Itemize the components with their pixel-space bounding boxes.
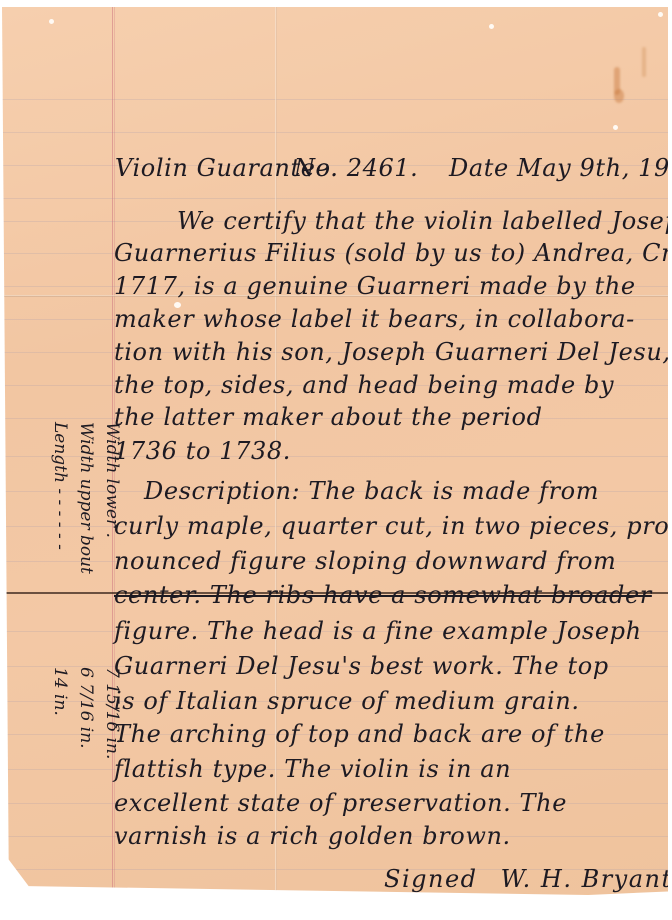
description-line: varnish is a rich golden brown. bbox=[114, 822, 511, 850]
description-line-struck: center. The ribs have a somewhat broader bbox=[114, 581, 652, 609]
measurement-label: Width upper bout bbox=[76, 422, 96, 574]
description-line: nounced figure sloping downward from bbox=[114, 547, 616, 575]
body-line: tion with his son, Joseph Guarneri Del J… bbox=[114, 338, 668, 366]
body-line: maker whose label it bears, in collabora… bbox=[114, 305, 635, 333]
signature: Signed W. H. Bryant. bbox=[384, 865, 668, 893]
rust-stain bbox=[614, 89, 624, 103]
description-line: figure. The head is a fine example Josep… bbox=[114, 617, 642, 645]
measurement-value: 14 in. bbox=[50, 667, 70, 716]
date: Date May 9th, 1933. bbox=[449, 154, 668, 182]
measurement-label: Length - - - - - - bbox=[50, 422, 70, 550]
signature-name: W. H. Bryant. bbox=[501, 865, 668, 893]
description-line: Description: The back is made from bbox=[144, 477, 599, 505]
signature-label: Signed bbox=[384, 865, 478, 893]
ruled-line bbox=[2, 132, 668, 133]
description-line: curly maple, quarter cut, in two pieces,… bbox=[114, 512, 668, 540]
body-line: We certify that the violin labelled Jose… bbox=[177, 207, 668, 235]
measurement-label: Width lower . bbox=[102, 422, 122, 538]
measurement-value: 7 15/16 in. bbox=[102, 667, 122, 759]
body-line: the top, sides, and head being made by bbox=[114, 371, 614, 399]
description-line: excellent state of preservation. The bbox=[114, 789, 567, 817]
letter-page: Violin Guarantee. No. 2461. Date May 9th… bbox=[2, 7, 668, 895]
margin-measurements: Length - - - - - - 14 in. Width upper bo… bbox=[42, 422, 132, 782]
body-line: Guarnerius Filius (sold by us to) Andrea… bbox=[114, 239, 668, 267]
ruled-line bbox=[2, 99, 668, 100]
body-line: 1736 to 1738. bbox=[114, 437, 291, 465]
number-label: No. bbox=[294, 154, 338, 182]
date-label: Date bbox=[449, 154, 509, 182]
body-line: 1717, is a genuine Guarneri made by the bbox=[114, 272, 636, 300]
description-line: is of Italian spruce of medium grain. bbox=[114, 687, 580, 715]
date-value: May 9th, 1933. bbox=[517, 154, 668, 182]
guarantee-number: No. 2461. bbox=[294, 154, 418, 182]
pin-hole bbox=[489, 24, 494, 29]
pin-hole bbox=[49, 19, 54, 24]
number-value: 2461. bbox=[347, 154, 419, 182]
pin-hole bbox=[613, 125, 618, 130]
pin-hole bbox=[658, 12, 663, 17]
body-line: the latter maker about the period bbox=[114, 403, 543, 431]
description-line: Guarneri Del Jesu's best work. The top bbox=[114, 652, 609, 680]
description-line: flattish type. The violin is in an bbox=[114, 755, 511, 783]
ruled-line bbox=[2, 198, 668, 199]
measurement-value: 6 7/16 in. bbox=[76, 667, 96, 749]
rust-stain bbox=[642, 47, 646, 77]
description-line: The arching of top and back are of the bbox=[114, 720, 605, 748]
